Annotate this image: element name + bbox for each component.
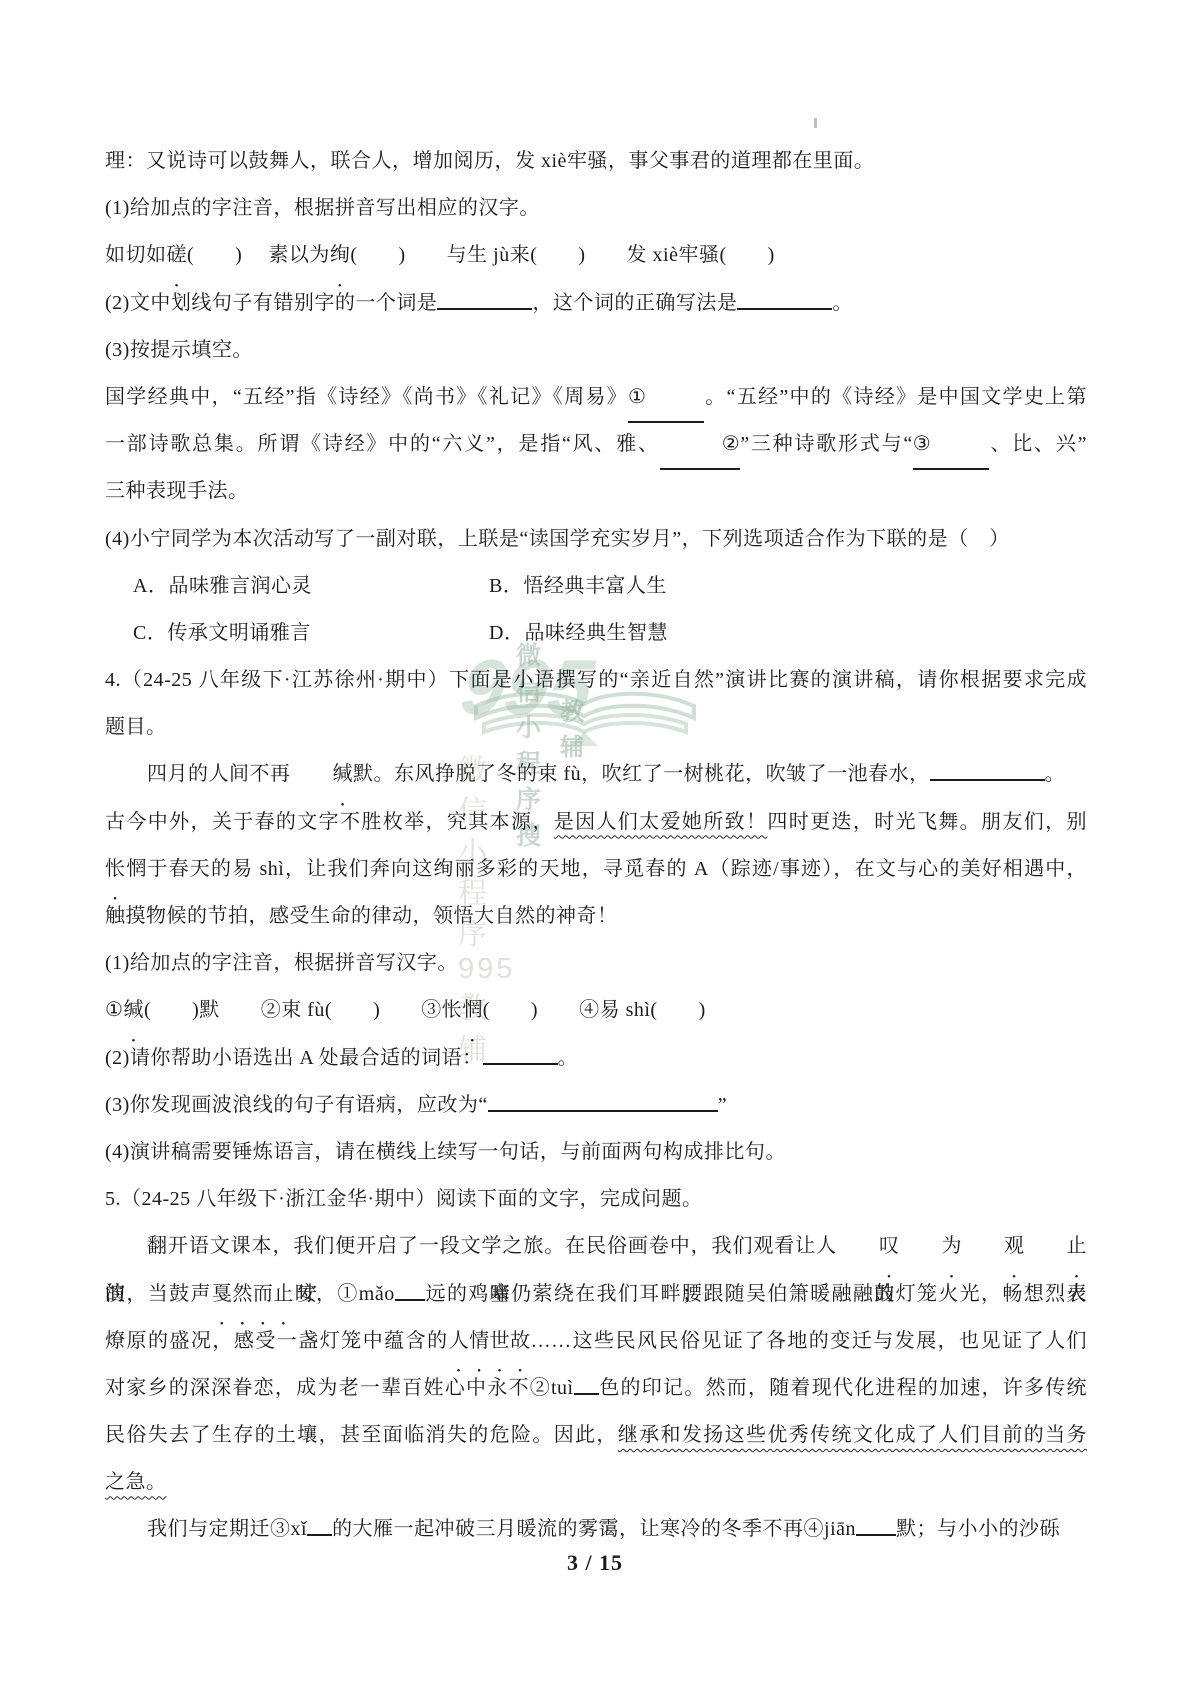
q3-passage-tail: 理：又说诗可以鼓舞人，联合人，增加阅历，发 xiè牢骚，事父事君的道理都在里面。 [105, 138, 1087, 185]
q3-sub3: (3)按提示填空。 [105, 327, 1087, 374]
emphasis-dot-char: 止 [1025, 1223, 1088, 1270]
q3-sub1-items: 如切如磋( ) 素以为绚( ) 与生 jù来( ) 发 xiè牢骚( ) [105, 232, 1087, 279]
numbered-blank-field: ② [660, 421, 740, 470]
blank-field [488, 1106, 718, 1112]
option-item: B．悟经典丰富人生 [489, 563, 667, 610]
q4-stem: 4.（24-25 八年级下·江苏徐州·期中）下面是小语撰写的“亲近自然”演讲比赛… [105, 657, 1087, 704]
numbered-blank-field: ③ [913, 421, 989, 470]
blank-field [930, 775, 1045, 781]
q5-passage-4: 对家乡的深深眷恋，成为老一辈百姓心中永不②tuì色的印记。然而，随着现代化进程的… [105, 1365, 1087, 1412]
q4-stem-tail: 题目。 [105, 704, 1087, 751]
emphasis-dot-char: 戛 [212, 1271, 233, 1318]
blank-field [737, 304, 832, 310]
q3-sub4-options-cd: C．传承文明诵雅言D．品味经典生智慧 [105, 610, 1087, 657]
wavy-underlined-text: 继承和发扬这些优秀传统文化成了人们目前的当务 [618, 1424, 1087, 1446]
blank-field [395, 1295, 425, 1301]
emphasis-dot-char: 情 [469, 1318, 490, 1365]
document-lines: 理：又说诗可以鼓舞人，联合人，增加阅历，发 xiè牢骚，事父事君的道理都在里面。… [105, 138, 1087, 1554]
q4-passage-4: 触摸物候的节拍，感受生命的律动，领悟大自然的神奇！ [105, 893, 1087, 940]
wavy-underlined-text: 之急。 [105, 1471, 167, 1493]
q3-sub4: (4)小宁同学为本次活动写了一副对联，上联是“读国学充实岁月”，下列选项适合作为… [105, 516, 1087, 563]
blank-field [437, 304, 532, 310]
q4-sub1: (1)给加点的字注音，根据拼音写汉字。 [105, 940, 1087, 987]
emphasis-dot-char: 而 [253, 1271, 274, 1318]
emphasis-dot-char: 惘 [462, 987, 483, 1034]
q5-passage-1: 翻开语文课本，我们便开启了一段文学之旅。在民俗画卷中，我们观看让人叹为观止的安塞… [105, 1223, 1087, 1270]
emphasis-dot-char: 怅 [105, 846, 126, 893]
q5-passage-5: 民俗失去了生存的土壤，甚至面临消失的危险。因此，继承和发扬这些优秀传统文化成了人… [105, 1412, 1087, 1459]
emphasis-dot-char: 磋 [167, 232, 188, 279]
emphasis-dot-char: 缄 [291, 751, 354, 798]
blank-field [483, 1059, 558, 1065]
emphasis-dot-char: 世 [490, 1318, 511, 1365]
option-item: D．品味经典生智慧 [489, 610, 668, 657]
wavy-underlined-text: 是因人们太爱她所致！ [554, 811, 768, 833]
q5-passage-3: 燎原的盛况，感受一盏灯笼中蕴含的人情世故……这些民风民俗见证了各地的变迁与发展，… [105, 1318, 1087, 1365]
exam-page: 995 微信小程序搜 教辅 微信小程序 995 教辅 理：又说诗可以鼓舞人，联合… [0, 0, 1190, 1683]
page-number: 3 / 15 [567, 1550, 623, 1575]
blank-field [574, 1389, 599, 1395]
q3-sub3-text1: 国学经典中，“五经”指《诗经》《尚书》《礼记》《周易》①。“五经”中的《诗经》是… [105, 374, 1087, 421]
q4-sub3: (3)你发现画波浪线的句子有语病，应改为“” [105, 1082, 1087, 1129]
q3-sub1: (1)给加点的字注音，根据拼音写出相应的汉字。 [105, 185, 1087, 232]
q3-sub2: (2)文中划线句子有错别字的一个词是，这个词的正确写法是。 [105, 280, 1087, 327]
emphasis-dot-char: 故 [510, 1318, 531, 1365]
q5-passage-6: 之急。 [105, 1459, 1087, 1506]
q4-passage-3: 怅惘于春天的易 shì，让我们奔向这绚丽多彩的天地，寻觅春的 A（踪迹/事迹），… [105, 846, 1087, 893]
q4-sub1-items: ①缄( )默 ②束 fù( ) ③怅惘( ) ④易 shì( ) [105, 987, 1087, 1034]
q3-sub3-text3: 三种表现手法。 [105, 468, 1087, 515]
blank-field [856, 1530, 896, 1536]
q4-passage-1: 四月的人间不再缄默。东风挣脱了冬的束 fù，吹红了一树桃花，吹皱了一池春水，。 [105, 751, 1087, 798]
scan-artifact-mark [814, 118, 817, 128]
q5-stem: 5.（24-25 八年级下·浙江金华·期中）阅读下面的文字，完成问题。 [105, 1176, 1087, 1223]
q3-sub4-options-ab: A．品味雅言润心灵B．悟经典丰富人生 [105, 563, 1087, 610]
emphasis-dot-char: 绚 [330, 232, 351, 279]
page-footer: 3 / 15 [0, 1550, 1190, 1576]
q4-sub4: (4)演讲稿需要锤炼语言，请在横线上续写一句话，与前面两句构成排比句。 [105, 1129, 1087, 1176]
emphasis-dot-char: 为 [900, 1223, 963, 1270]
emphasis-dot-char: 缄 [123, 987, 144, 1034]
q5-passage-7: 我们与定期迁③xǐ的大雁一起冲破三月暖流的雾霭，让寒冷的冬季不再④jiān默；与… [105, 1506, 1087, 1553]
emphasis-dot-char: 止 [273, 1271, 294, 1318]
q4-sub2: (2)请你帮助小语选出 A 处最合适的词语：。 [105, 1035, 1087, 1082]
option-item: A．品味雅言润心灵 [133, 563, 489, 610]
q4-passage-2: 古今中外，关于春的文字不胜枚举，究其本源，是因人们太爱她所致！四时更迭，时光飞舞… [105, 799, 1087, 846]
emphasis-dot-char: 叹 [837, 1223, 900, 1270]
blank-field [307, 1530, 332, 1536]
emphasis-dot-char: 然 [232, 1271, 253, 1318]
option-item: C．传承文明诵雅言 [133, 610, 489, 657]
numbered-blank-field: ① [628, 374, 704, 423]
emphasis-dot-char: 观 [962, 1223, 1025, 1270]
emphasis-dot-char: 人 [449, 1318, 470, 1365]
q3-sub3-text2: 一部诗歌总集。所谓《诗经》中的“六义”，是指“风、雅、②”三种诗歌形式与“③、比… [105, 421, 1087, 468]
